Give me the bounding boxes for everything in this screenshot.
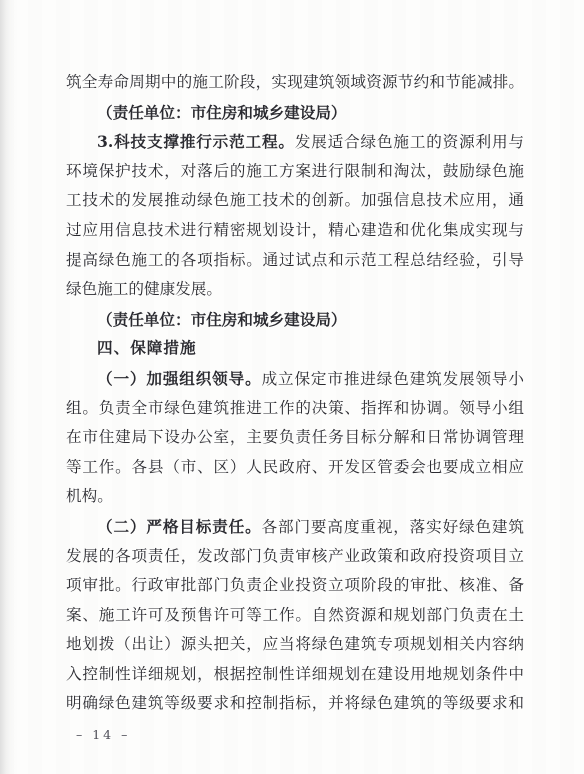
- section-heading-run: 3.科技支撑推行示范工程。: [97, 132, 295, 151]
- text-run: 在市住建局下设办公室，主要负责任务目标分解和日常协调管理: [66, 428, 524, 446]
- text-line: 环境保护技术，对落后的施工方案进行限制和淘汰，鼓励绿色施: [66, 157, 524, 187]
- text-run: 工技术的发展推动绿色施工技术的创新。加强信息技术应用，通: [66, 191, 524, 209]
- text-line: 案、施工许可及预售许可等工作。自然资源和规划部门负责在土: [66, 601, 524, 631]
- section-heading-run: （一）加强组织领导。: [97, 369, 262, 388]
- text-line: 绿色施工的健康发展。: [66, 275, 524, 305]
- text-line: 提高绿色施工的各项指标。通过试点和示范工程总结经验，引导: [66, 246, 524, 276]
- text-line: （二）严格目标责任。各部门要高度重视，落实好绿色建筑: [66, 512, 524, 542]
- text-line: 入控制性详细规划，根据控制性详细规划在建设用地规划条件中: [66, 660, 524, 690]
- responsible-unit-label: （责任单位：市住房和城乡建设局）: [97, 103, 347, 122]
- text-run: 明确绿色建筑等级要求和控制指标，并将绿色建筑的等级要求和: [66, 694, 524, 712]
- text-line: （责任单位：市住房和城乡建设局）: [66, 98, 524, 128]
- text-line: 工技术的发展推动绿色施工技术的创新。加强信息技术应用，通: [66, 186, 524, 216]
- text-run: 项审批。行政审批部门负责企业投资立项阶段的审批、核准、备: [66, 576, 524, 594]
- text-run: 案、施工许可及预售许可等工作。自然资源和规划部门负责在土: [66, 606, 524, 624]
- text-run: 环境保护技术，对落后的施工方案进行限制和淘汰，鼓励绿色施: [66, 162, 524, 180]
- text-line: 明确绿色建筑等级要求和控制指标，并将绿色建筑的等级要求和: [66, 689, 524, 719]
- text-run: 机构。: [66, 487, 113, 505]
- text-run: 等工作。各县（市、区）人民政府、开发区管委会也要成立相应: [66, 458, 524, 476]
- chapter-heading: 四、保障措施: [97, 339, 197, 357]
- text-line: 机构。: [66, 482, 524, 512]
- page-number: – 14 –: [76, 727, 130, 742]
- text-line: （一）加强组织领导。成立保定市推进绿色建筑发展领导小: [66, 364, 524, 394]
- text-run: 提高绿色施工的各项指标。通过试点和示范工程总结经验，引导: [66, 251, 524, 269]
- section-heading-run: （二）严格目标责任。: [97, 517, 262, 536]
- text-run: 筑全寿命周期中的施工阶段，实现建筑领域资源节约和节能减排。: [66, 73, 524, 91]
- text-line: 在市住建局下设办公室，主要负责任务目标分解和日常协调管理: [66, 423, 524, 453]
- text-run: 发展适合绿色施工的资源利用与: [295, 133, 524, 151]
- text-run: 入控制性详细规划，根据控制性详细规划在建设用地规划条件中: [66, 665, 524, 683]
- text-run: 发展的各项责任，发改部门负责审核产业政策和政府投资项目立: [66, 547, 524, 565]
- text-run: 过应用信息技术进行精密规划设计，精心建造和优化集成实现与: [66, 221, 524, 239]
- text-line: 过应用信息技术进行精密规划设计，精心建造和优化集成实现与: [66, 216, 524, 246]
- text-run: 地划拨（出让）源头把关，应当将绿色建筑专项规划相关内容纳: [66, 635, 524, 653]
- document-body-text: 筑全寿命周期中的施工阶段，实现建筑领域资源节约和节能减排。 （责任单位：市住房和…: [66, 68, 524, 719]
- text-run: 组。负责全市绿色建筑推进工作的决策、指挥和协调。领导小组: [66, 399, 524, 417]
- text-line: （责任单位：市住房和城乡建设局）: [66, 305, 524, 335]
- text-run: 绿色施工的健康发展。: [66, 280, 222, 298]
- text-line: 四、保障措施: [66, 334, 524, 364]
- text-line: 组。负责全市绿色建筑推进工作的决策、指挥和协调。领导小组: [66, 394, 524, 424]
- text-line: 地划拨（出让）源头把关，应当将绿色建筑专项规划相关内容纳: [66, 630, 524, 660]
- responsible-unit-label: （责任单位：市住房和城乡建设局）: [97, 310, 347, 329]
- text-line: 筑全寿命周期中的施工阶段，实现建筑领域资源节约和节能减排。: [66, 68, 524, 98]
- scanned-document-page: 筑全寿命周期中的施工阶段，实现建筑领域资源节约和节能减排。 （责任单位：市住房和…: [0, 0, 584, 774]
- text-run: 各部门要高度重视，落实好绿色建筑: [262, 518, 524, 536]
- text-run: 成立保定市推进绿色建筑发展领导小: [262, 370, 524, 388]
- text-line: 等工作。各县（市、区）人民政府、开发区管委会也要成立相应: [66, 453, 524, 483]
- text-line: 项审批。行政审批部门负责企业投资立项阶段的审批、核准、备: [66, 571, 524, 601]
- text-line: 3.科技支撑推行示范工程。发展适合绿色施工的资源利用与: [66, 127, 524, 157]
- text-line: 发展的各项责任，发改部门负责审核产业政策和政府投资项目立: [66, 542, 524, 572]
